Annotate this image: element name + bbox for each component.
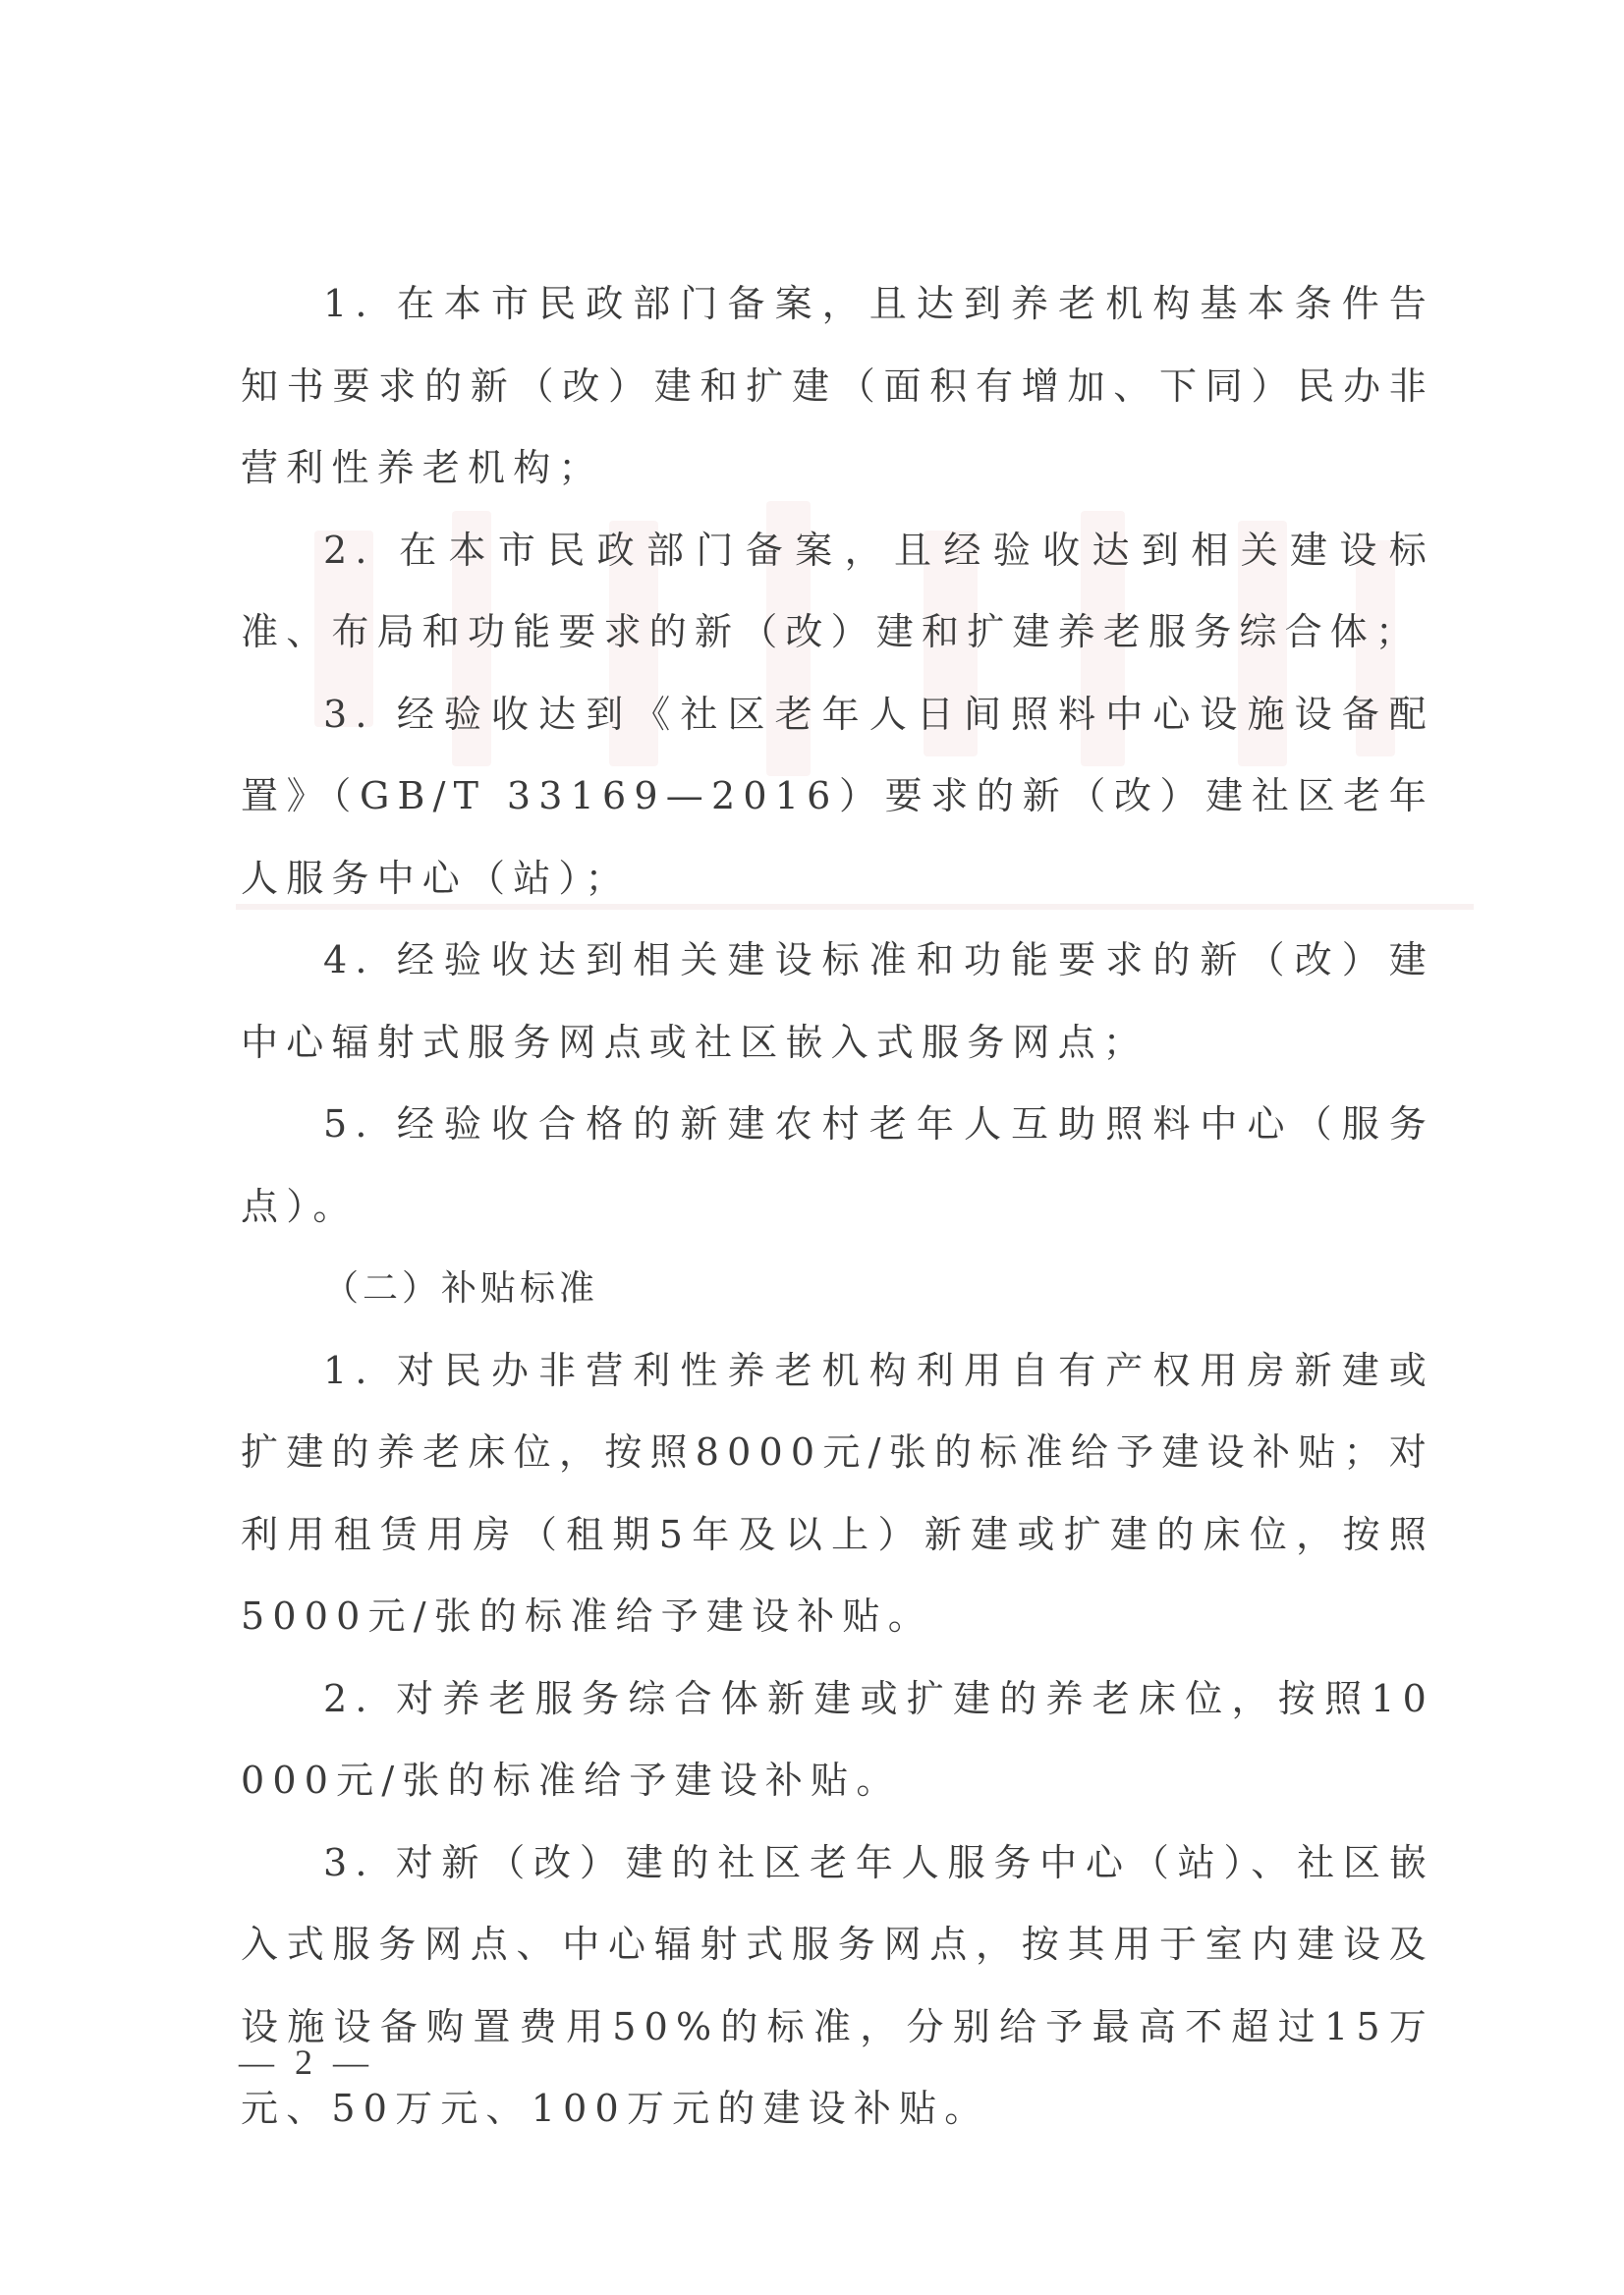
section-b-item-1: 1. 对民办非营利性养老机构利用自有产权用房新建或扩建的养老床位，按照8000元… <box>241 1330 1434 1658</box>
section-b-item-2: 2. 对养老服务综合体新建或扩建的养老床位，按照10000元/张的标准给予建设补… <box>241 1658 1434 1822</box>
section-a-item-3: 3. 经验收达到《社区老年人日间照料中心设施设备配置》（GB/T 33169—2… <box>241 674 1434 921</box>
section-a-item-4: 4. 经验收达到相关建设标准和功能要求的新（改）建中心辐射式服务网点或社区嵌入式… <box>241 920 1434 1084</box>
section-b-heading: （二）补贴标准 <box>241 1248 1434 1330</box>
page-number: — 2 — <box>239 2042 374 2083</box>
section-a-item-2: 2. 在本市民政部门备案，且经验收达到相关建设标准、布局和功能要求的新（改）建和… <box>241 510 1434 674</box>
document-body: 1. 在本市民政部门备案，且达到养老机构基本条件告知书要求的新（改）建和扩建（面… <box>241 263 1434 2151</box>
section-a-item-1: 1. 在本市民政部门备案，且达到养老机构基本条件告知书要求的新（改）建和扩建（面… <box>241 263 1434 510</box>
section-b-item-3: 3. 对新（改）建的社区老年人服务中心（站）、社区嵌入式服务网点、中心辐射式服务… <box>241 1822 1434 2151</box>
section-a-item-5: 5. 经验收合格的新建农村老年人互助照料中心（服务点）。 <box>241 1084 1434 1248</box>
